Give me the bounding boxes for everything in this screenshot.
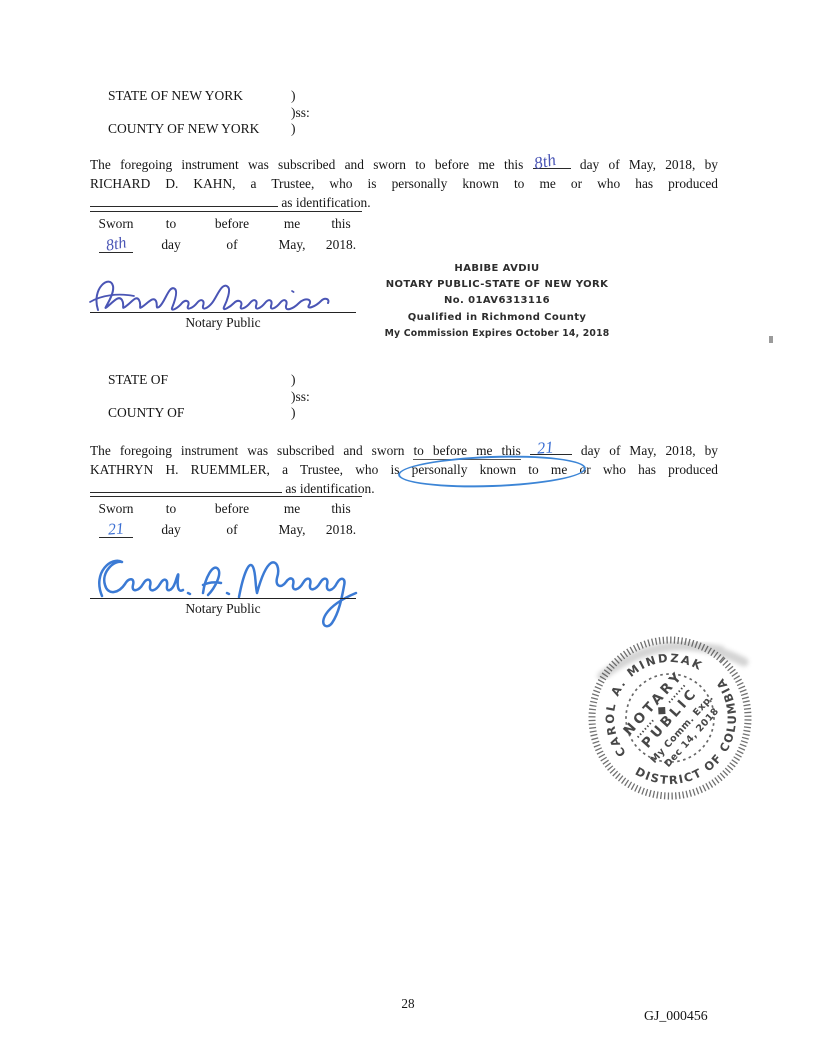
scanned-notary-page: STATE OF NEW YORK ) )ss: COUNTY OF NEW Y…: [0, 0, 816, 1056]
ack-paragraph-1-line-2: RICHARD D. KAHN, a Trustee, who is perso…: [90, 174, 718, 193]
signature-line-2: [90, 598, 356, 599]
ack-text: KATHRYN H. RUEMMLER, a Trustee, who is: [90, 462, 399, 477]
paren: ): [291, 121, 310, 138]
stamp-number: No. 01AV6313116: [372, 293, 622, 309]
day-blank: 21: [99, 523, 133, 538]
ack-text: as identification.: [285, 481, 374, 496]
ack-paragraph-1-line-3: as identification.: [90, 193, 718, 212]
state-line: STATE OF NEW YORK: [108, 88, 291, 105]
stamp-qualified: Qualified in Richmond County: [372, 310, 622, 326]
venue-block-1: STATE OF NEW YORK ) )ss: COUNTY OF NEW Y…: [108, 88, 310, 138]
paren: ): [291, 405, 310, 422]
county-line: COUNTY OF: [108, 405, 291, 422]
handwritten-day: 8th: [532, 150, 557, 173]
ack-text: The foregoing instrument was subscribed …: [90, 157, 523, 172]
stamp-title: NOTARY PUBLIC-STATE OF NEW YORK: [372, 277, 622, 293]
paren: ): [291, 88, 310, 105]
ack-paragraph-2-line-1: The foregoing instrument was subscribed …: [90, 441, 718, 460]
day-blank: 21: [530, 441, 572, 455]
handwritten-day: 8th: [105, 236, 128, 253]
day-blank: 8th: [533, 155, 571, 169]
county-line: COUNTY OF NEW YORK: [108, 121, 291, 138]
ack-text: or who has produced: [580, 462, 719, 477]
identification-blank: [90, 479, 282, 493]
circled-phrase: personally known to me: [412, 462, 568, 477]
notary-public-label-1: Notary Public: [90, 315, 356, 331]
ack-text: day of May, 2018, by: [580, 157, 718, 172]
signature-carol-mindzak: [84, 552, 380, 640]
ack-paragraph-1-line-1: The foregoing instrument was subscribed …: [90, 155, 718, 174]
handwritten-day: 21: [107, 522, 124, 537]
notary-public-label-2: Notary Public: [90, 601, 356, 617]
ack-text: The foregoing instrument was subscribed …: [90, 443, 404, 458]
state-line: STATE OF: [108, 372, 291, 389]
paren: ): [291, 372, 310, 389]
notary-stamp-text-block: HABIBE AVDIU NOTARY PUBLIC-STATE OF NEW …: [372, 261, 622, 342]
pen-underlined-phrase: to before me this: [413, 443, 520, 460]
round-notary-seal: CAROL A. MINDZAK DISTRICT OF COLUMBIA NO…: [572, 618, 768, 814]
handwritten-day: 21: [536, 437, 554, 457]
scan-artifact: [769, 336, 773, 343]
day-blank: 8th: [99, 238, 133, 253]
venue-block-2: STATE OF ) )ss: COUNTY OF ): [108, 372, 310, 422]
identification-blank: [90, 193, 278, 207]
ack-paragraph-2-line-2: KATHRYN H. RUEMMLER, a Trustee, who is p…: [90, 460, 718, 479]
sworn-clause-1: Sworn to before me this 8th day of May, …: [90, 211, 362, 253]
ss-line: )ss:: [291, 389, 310, 406]
stamp-expiry: My Commission Expires October 14, 2018: [372, 326, 622, 342]
stamp-name: HABIBE AVDIU: [372, 261, 622, 277]
ack-text: day of May, 2018, by: [581, 443, 718, 458]
ack-text: as identification.: [281, 195, 370, 210]
sworn-clause-2: Sworn to before me this 21 day of May, 2…: [90, 496, 362, 538]
ss-line: )ss:: [291, 105, 310, 122]
bates-number: GJ_000456: [644, 1008, 734, 1024]
signature-line-1: [90, 312, 356, 313]
